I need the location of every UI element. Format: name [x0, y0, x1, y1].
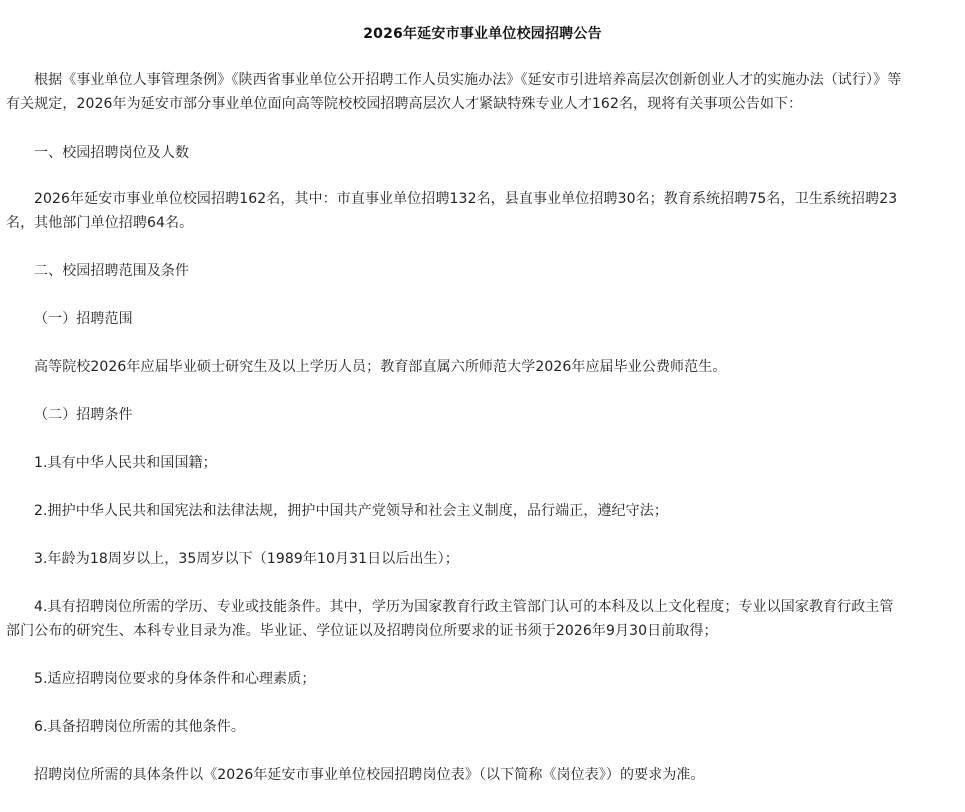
conditions-note: 招聘岗位所需的具体条件以《2026年延安市事业单位校园招聘岗位表》（以下简称《岗…: [6, 763, 906, 787]
condition-item: 3.年龄为18周岁以上，35周岁以下（1989年10月31日以后出生）；: [6, 547, 906, 571]
scope-heading: （一）招聘范围: [6, 307, 906, 331]
section-1-body: 2026年延安市事业单位校园招聘162名，其中：市直事业单位招聘132名，县直事…: [6, 187, 906, 235]
scope-body: 高等院校2026年应届毕业硕士研究生及以上学历人员；教育部直属六所师范大学202…: [6, 355, 906, 379]
condition-item: 5.适应招聘岗位要求的身体条件和心理素质；: [6, 667, 906, 691]
conditions-heading: （二）招聘条件: [6, 403, 906, 427]
condition-item: 2.拥护中华人民共和国宪法和法律法规，拥护中国共产党领导和社会主义制度，品行端正…: [6, 499, 906, 523]
condition-item: 6.具备招聘岗位所需的其他条件。: [6, 715, 906, 739]
announcement-page: 2026年延安市事业单位校园招聘公告 根据《事业单位人事管理条例》《陕西省事业单…: [0, 0, 965, 812]
page-title: 2026年延安市事业单位校园招聘公告: [0, 23, 965, 43]
section-2-heading: 二、校园招聘范围及条件: [6, 259, 906, 283]
condition-item: 4.具有招聘岗位所需的学历、专业或技能条件。其中，学历为国家教育行政主管部门认可…: [6, 595, 906, 643]
section-1-heading: 一、校园招聘岗位及人数: [6, 141, 906, 165]
condition-item: 1.具有中华人民共和国国籍；: [6, 451, 906, 475]
intro-paragraph: 根据《事业单位人事管理条例》《陕西省事业单位公开招聘工作人员实施办法》《延安市引…: [6, 68, 906, 116]
